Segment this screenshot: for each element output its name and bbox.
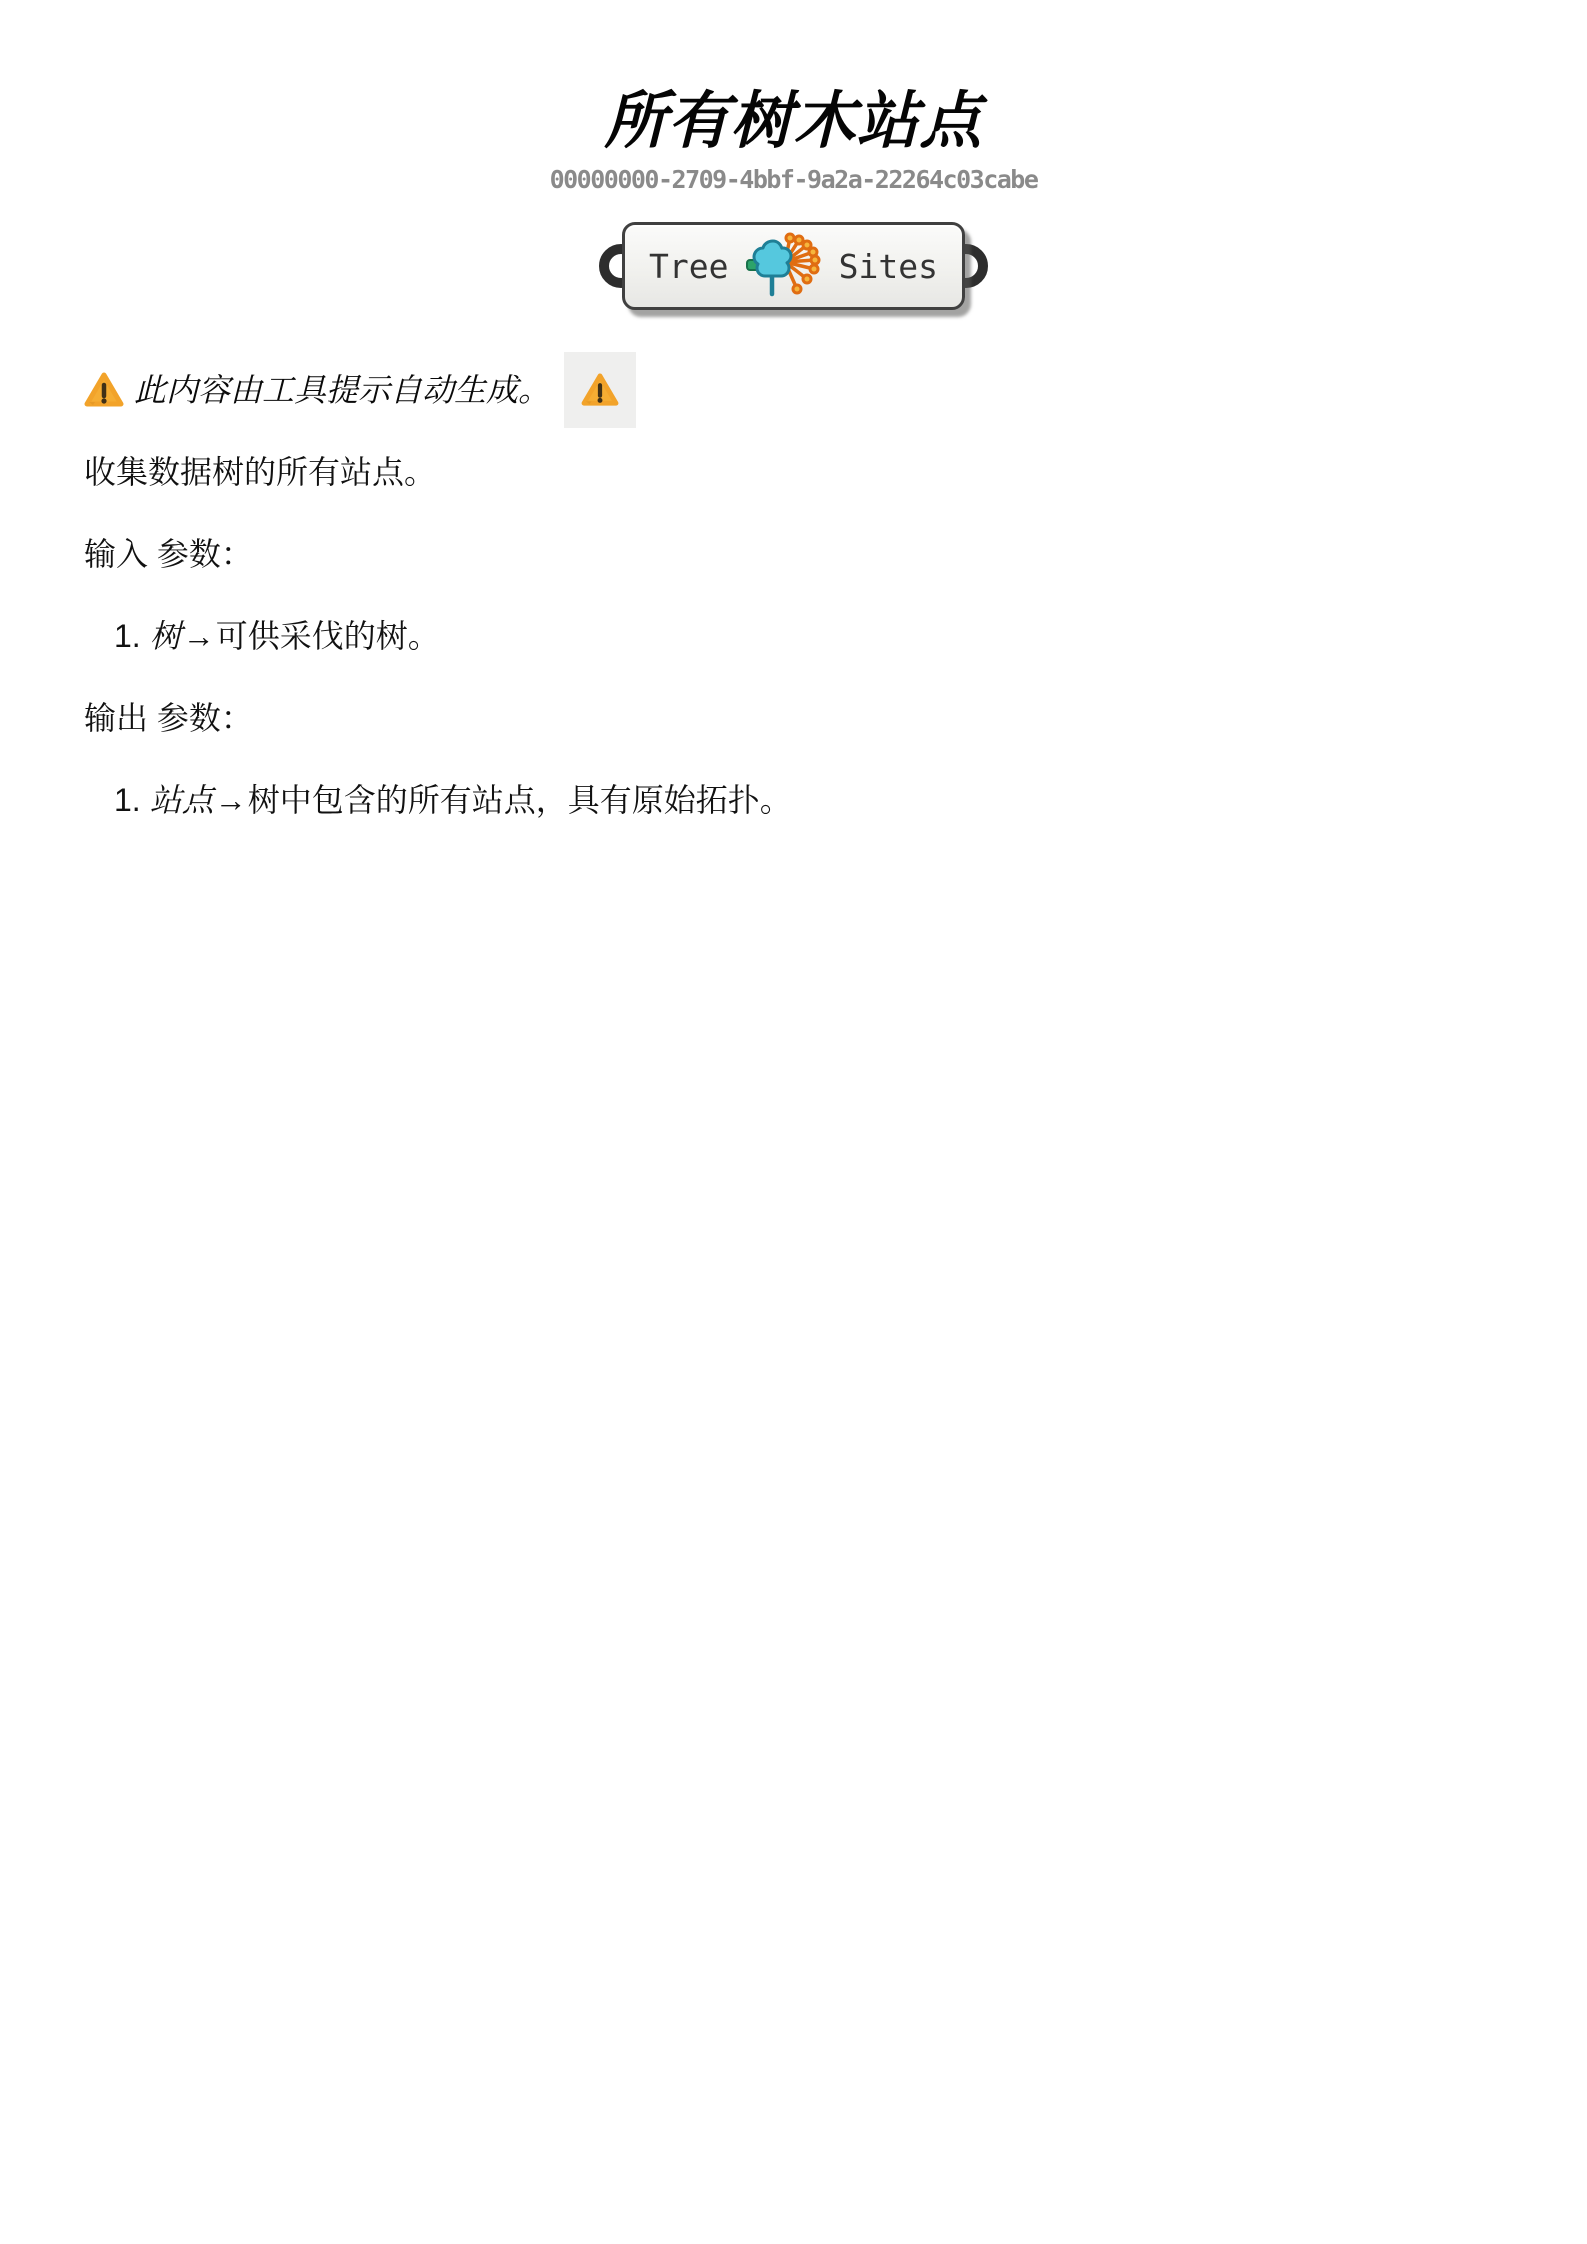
notice-text: 此内容由工具提示自动生成。: [134, 366, 550, 414]
param-description: 可供采伐的树。: [216, 618, 440, 654]
arrow-glyph: →: [183, 618, 215, 654]
param-description: 树中包含的所有站点，具有原始拓扑。: [248, 782, 792, 818]
warning-image-placeholder: [564, 352, 636, 428]
param-name: 站点: [150, 782, 214, 818]
inputs-heading: 输入 参数：: [84, 530, 1503, 578]
document-page: 所有树木站点 00000000-2709-4bbf-9a2a-22264c03c…: [0, 0, 1587, 2244]
component-description: 收集数据树的所有站点。: [84, 448, 1503, 496]
warning-icon: [581, 373, 619, 407]
list-item: 1.树→可供采伐的树。: [114, 612, 1503, 660]
page-title: 所有树木站点: [0, 86, 1587, 157]
component-output-label: Sites: [839, 247, 938, 286]
component-input-label: Tree: [649, 247, 728, 286]
auto-generated-notice: 此内容由工具提示自动生成。: [84, 352, 1503, 428]
item-number: 1.: [114, 618, 141, 654]
grasshopper-component: Tree: [622, 222, 965, 310]
param-name: 树: [150, 618, 182, 654]
inputs-list: 1.树→可供采伐的树。: [84, 612, 1503, 660]
component-uuid: 00000000-2709-4bbf-9a2a-22264c03cabe: [0, 165, 1587, 194]
arrow-glyph: →: [215, 782, 247, 818]
item-number: 1.: [114, 782, 141, 818]
content: 此内容由工具提示自动生成。 收集数据树的所有站点。 输入 参数： 1.树→可供采…: [0, 352, 1587, 824]
outputs-list: 1.站点→树中包含的所有站点，具有原始拓扑。: [84, 776, 1503, 824]
tree-sites-component-icon: [745, 231, 823, 301]
outputs-heading: 输出 参数：: [84, 694, 1503, 742]
header: 所有树木站点 00000000-2709-4bbf-9a2a-22264c03c…: [0, 0, 1587, 194]
list-item: 1.站点→树中包含的所有站点，具有原始拓扑。: [114, 776, 1503, 824]
warning-icon: [84, 372, 124, 408]
component-box: Tree: [622, 222, 965, 310]
component-row: Tree: [0, 222, 1587, 310]
